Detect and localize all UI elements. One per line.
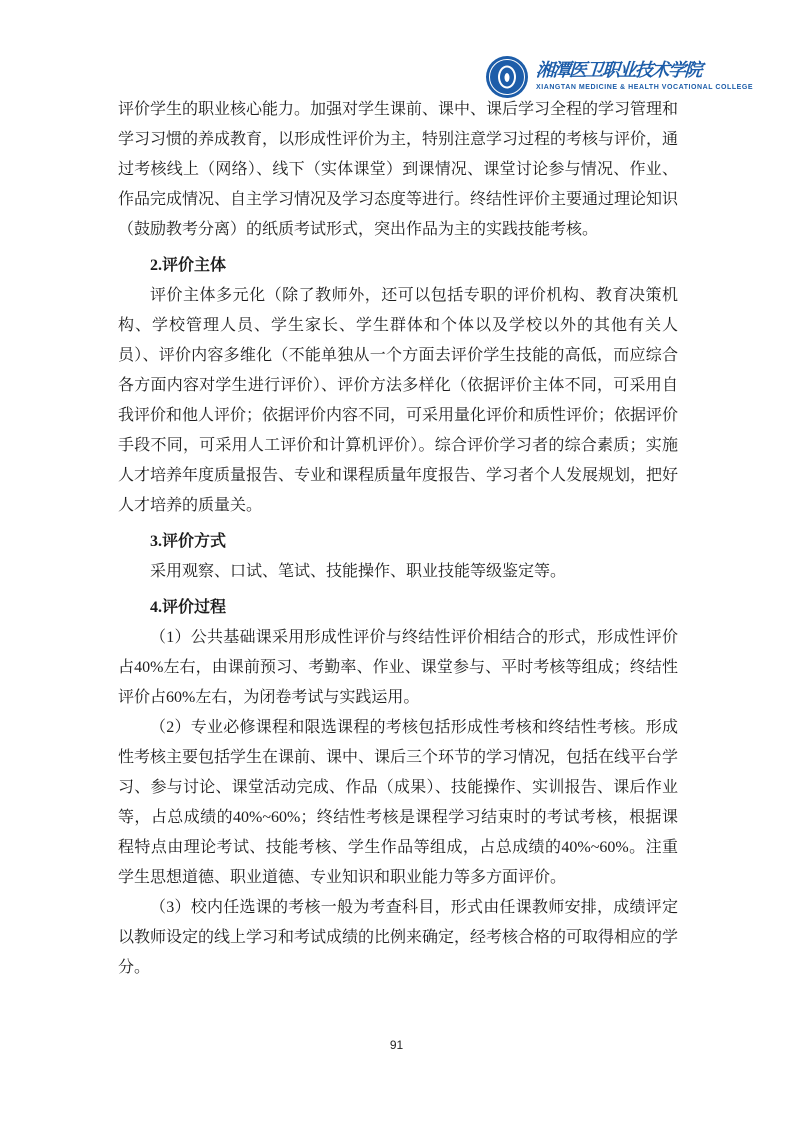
- document-body: 评价学生的职业核心能力。加强对学生课前、课中、课后学习全程的学习管理和学习习惯的…: [118, 95, 678, 983]
- paragraph-process-item-3: （3）校内任选课的考核一般为考查科目，形式由任课教师安排，成绩评定以教师设定的线…: [118, 893, 678, 983]
- document-page: 湘潭医卫职业技术学院 XIANGTAN MEDICINE & HEALTH VO…: [0, 0, 793, 1122]
- section-heading-evaluation-process: 4.评价过程: [118, 593, 678, 623]
- paragraph-process-item-1: （1）公共基础课采用形成性评价与终结性评价相结合的形式，形成性评价占40%左右，…: [118, 623, 678, 713]
- college-name-zh: 湘潭医卫职业技术学院: [535, 59, 754, 81]
- college-logo: 湘潭医卫职业技术学院 XIANGTAN MEDICINE & HEALTH VO…: [486, 56, 753, 98]
- emblem-core-shape: [498, 66, 516, 89]
- paragraph-evaluation-method: 采用观察、口试、笔试、技能操作、职业技能等级鉴定等。: [118, 557, 678, 587]
- logo-text-block: 湘潭医卫职业技术学院 XIANGTAN MEDICINE & HEALTH VO…: [536, 56, 753, 91]
- paragraph-evaluation-subject: 评价主体多元化（除了教师外，还可以包括专职的评价机构、教育决策机构、学校管理人员…: [118, 281, 678, 521]
- section-heading-evaluation-subject: 2.评价主体: [118, 251, 678, 281]
- college-emblem-icon: [486, 56, 528, 98]
- page-number: 91: [0, 1038, 793, 1052]
- paragraph-core-ability-evaluation: 评价学生的职业核心能力。加强对学生课前、课中、课后学习全程的学习管理和学习习惯的…: [118, 95, 678, 245]
- section-heading-evaluation-method: 3.评价方式: [118, 527, 678, 557]
- college-name-en: XIANGTAN MEDICINE & HEALTH VOCATIONAL CO…: [536, 84, 753, 91]
- paragraph-process-item-2: （2）专业必修课程和限选课程的考核包括形成性考核和终结性考核。形成性考核主要包括…: [118, 713, 678, 893]
